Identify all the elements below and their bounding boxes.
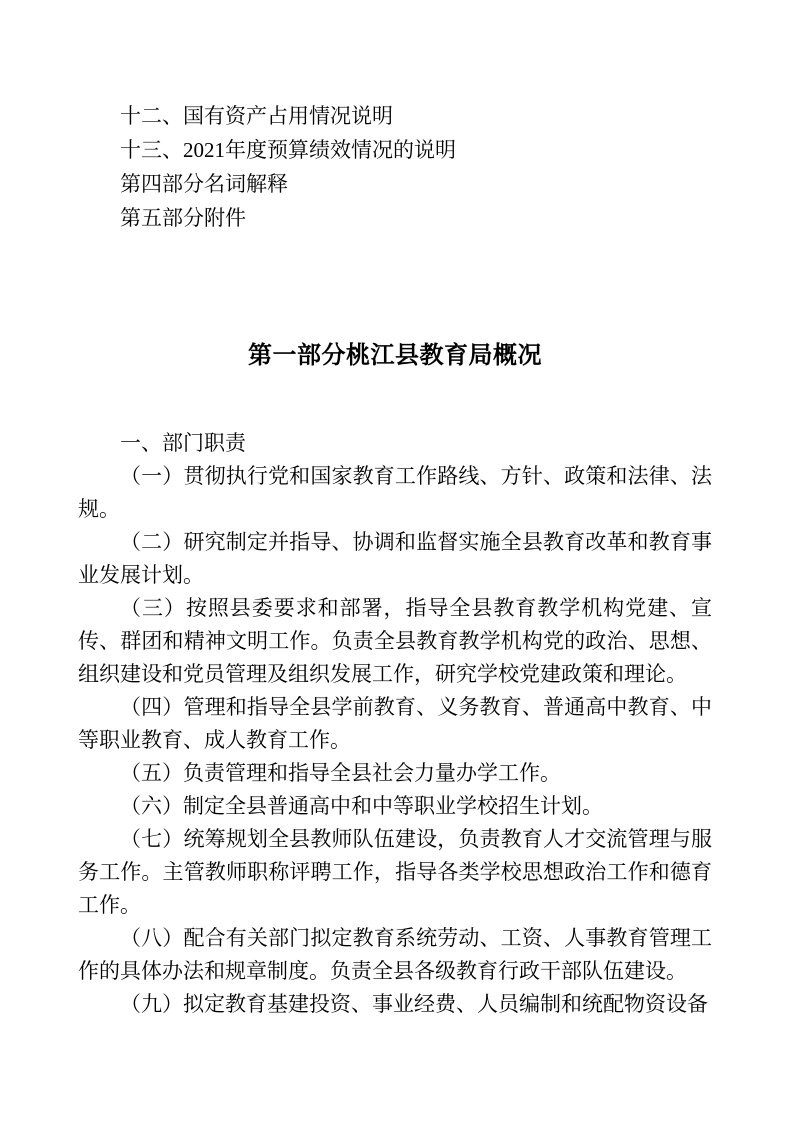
subsection-heading-duties: 一、部门职责 xyxy=(78,427,712,460)
body-text-block: 一、部门职责 （一）贯彻执行党和国家教育工作路线、方针、政策和法律、法规。 （二… xyxy=(78,427,712,1021)
paragraph-duty-6: （六）制定全县普通高中和中等职业学校招生计划。 xyxy=(78,790,712,823)
paragraph-duty-9: （九）拟定教育基建投资、事业经费、人员编制和统配物资设备 xyxy=(78,988,712,1021)
paragraph-duty-1: （一）贯彻执行党和国家教育工作路线、方针、政策和法律、法规。 xyxy=(78,460,712,526)
paragraph-duty-7: （七）统筹规划全县教师队伍建设，负责教育人才交流管理与服务工作。主管教师职称评聘… xyxy=(78,823,712,922)
paragraph-duty-8: （八）配合有关部门拟定教育系统劳动、工资、人事教育管理工作的具体办法和规章制度。… xyxy=(78,922,712,988)
toc-item-12: 十二、国有资产占用情况说明 xyxy=(78,99,712,133)
paragraph-duty-2: （二）研究制定并指导、协调和监督实施全县教育改革和教育事业发展计划。 xyxy=(78,526,712,592)
toc-tail-block: 十二、国有资产占用情况说明 十三、2021年度预算绩效情况的说明 第四部分名词解… xyxy=(78,99,712,235)
toc-item-13: 十三、2021年度预算绩效情况的说明 xyxy=(78,133,712,167)
toc-item-part5: 第五部分附件 xyxy=(78,201,712,235)
toc-item-part4: 第四部分名词解释 xyxy=(78,167,712,201)
paragraph-duty-5: （五）负责管理和指导全县社会力量办学工作。 xyxy=(78,757,712,790)
paragraph-duty-4: （四）管理和指导全县学前教育、义务教育、普通高中教育、中等职业教育、成人教育工作… xyxy=(78,691,712,757)
paragraph-duty-3: （三）按照县委要求和部署，指导全县教育教学机构党建、宣传、群团和精神文明工作。负… xyxy=(78,592,712,691)
document-page: 十二、国有资产占用情况说明 十三、2021年度预算绩效情况的说明 第四部分名词解… xyxy=(0,0,794,1122)
section-heading: 第一部分桃江县教育局概况 xyxy=(78,336,712,376)
